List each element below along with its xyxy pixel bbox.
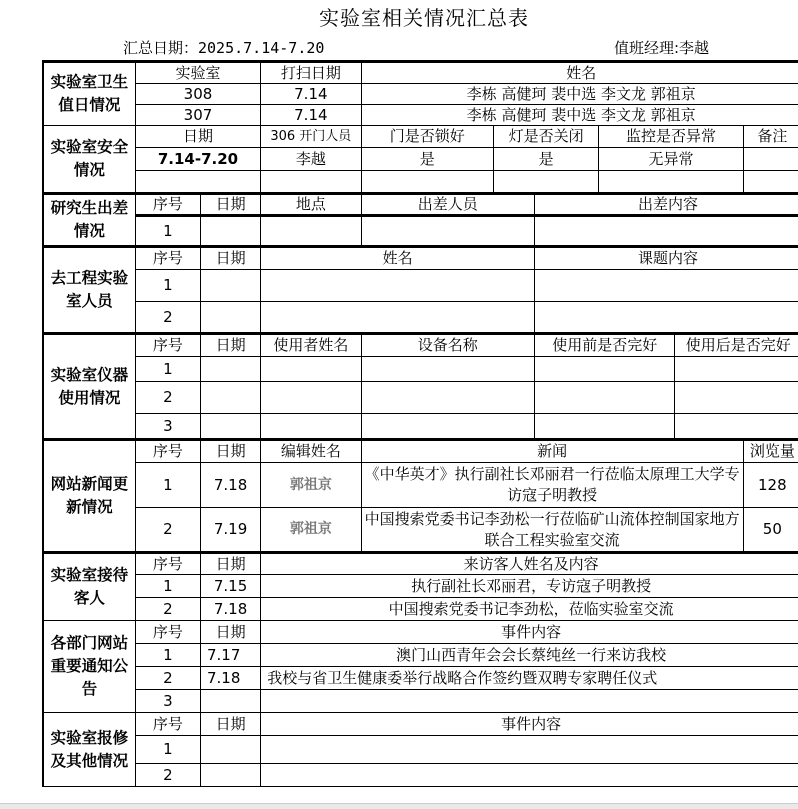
cell-date[interactable]: 7.14-7.20: [135, 148, 260, 171]
cell-no: 2: [135, 667, 200, 690]
cell-no: 2: [135, 302, 200, 334]
header-editor: 编辑姓名: [261, 440, 361, 463]
instrument-header-row: 实验室仪器使用情况 序号 日期 使用者姓名 设备名称 使用前是否完好 使用后是否…: [43, 334, 798, 357]
header-place: 地点: [261, 194, 361, 216]
table-row: 1: [43, 736, 798, 764]
table-row: [43, 171, 798, 194]
table-row: 3: [43, 414, 798, 440]
cell-date[interactable]: 7.14: [261, 105, 361, 126]
cell-no: 1: [135, 644, 200, 667]
cell-before[interactable]: [535, 357, 675, 382]
header-lights-off: 灯是否关闭: [493, 126, 598, 148]
header-date: 日期: [200, 713, 260, 736]
cell-news-title[interactable]: 中国搜索党委书记李劲松一行莅临矿山流体控制国家地方联合工程实验室交流: [361, 508, 743, 553]
cell-topic[interactable]: [535, 302, 798, 334]
header-visitor-content: 来访客人姓名及内容: [261, 553, 798, 575]
cell-date[interactable]: 7.14: [261, 84, 361, 105]
section-repairs: 实验室报修及其他情况: [43, 713, 135, 787]
table-row: 1: [43, 216, 798, 247]
table-row: 1 7.18 郭祖京 《中华英才》执行副社长邓丽君一行莅临太原理工大学专访寇子明…: [43, 463, 798, 508]
cell-content[interactable]: [261, 764, 798, 787]
cell-no: 1: [135, 216, 200, 247]
header-news: 新闻: [361, 440, 743, 463]
table-row: 308 7.14 李栋 高健珂 裴中选 李文龙 郭祖京: [43, 84, 798, 105]
cell-door-locked[interactable]: [361, 171, 493, 194]
cell-date[interactable]: 7.17: [200, 644, 260, 667]
cell-no: 3: [135, 690, 200, 713]
cell-user[interactable]: [261, 357, 361, 382]
cell-date[interactable]: [200, 382, 260, 414]
cell-date[interactable]: [200, 690, 260, 713]
eng-header-row: 去工程实验室人员 序号 日期 姓名 课题内容: [43, 247, 798, 270]
table-row: 2 7.19 郭祖京 中国搜索党委书记李劲松一行莅临矿山流体控制国家地方联合工程…: [43, 508, 798, 553]
header-no: 序号: [135, 194, 200, 216]
header-content: 出差内容: [535, 194, 798, 216]
header-event-content: 事件内容: [261, 621, 798, 644]
notices-header-row: 各部门网站重要通知公告 序号 日期 事件内容: [43, 621, 798, 644]
header-date: 日期: [200, 334, 260, 357]
cell-date[interactable]: 7.18: [200, 598, 260, 621]
trip-header-row: 研究生出差情况 序号 日期 地点 出差人员 出差内容: [43, 194, 798, 216]
cell-after[interactable]: [675, 357, 798, 382]
header-topic: 课题内容: [535, 247, 798, 270]
cell-before[interactable]: [535, 414, 675, 440]
header-no: 序号: [135, 334, 200, 357]
header-views: 浏览量: [743, 440, 798, 463]
cell-after[interactable]: [675, 414, 798, 440]
header-date: 日期: [200, 621, 260, 644]
header-date: 日期: [135, 126, 260, 148]
cell-note[interactable]: [743, 148, 798, 171]
cell-date[interactable]: [200, 270, 260, 302]
cell-content[interactable]: 我校与省卫生健康委举行战略合作签约暨双聘专家聘任仪式: [261, 667, 798, 690]
cell-no: 2: [135, 382, 200, 414]
header-lab: 实验室: [135, 62, 260, 84]
header-opener: 306 开门人员: [261, 126, 361, 148]
table-row: 2: [43, 764, 798, 787]
cell-opener[interactable]: 李越: [261, 148, 361, 171]
header-device: 设备名称: [361, 334, 535, 357]
cell-date[interactable]: 7.19: [200, 508, 260, 553]
cell-opener[interactable]: [261, 171, 361, 194]
cell-date[interactable]: [200, 414, 260, 440]
section-visitors: 实验室接待客人: [43, 553, 135, 621]
cell-content[interactable]: 澳门山西青年会会长蔡纯丝一行来访我校: [261, 644, 798, 667]
table-row: 2: [43, 302, 798, 334]
header-no: 序号: [135, 440, 200, 463]
cell-door-locked[interactable]: 是: [361, 148, 493, 171]
cell-date[interactable]: [200, 764, 260, 787]
cell-name[interactable]: [261, 270, 535, 302]
header-event-content: 事件内容: [261, 713, 798, 736]
section-notices: 各部门网站重要通知公告: [43, 621, 135, 713]
header-no: 序号: [135, 247, 200, 270]
header-clean-date: 打扫日期: [261, 62, 361, 84]
cell-no: 2: [135, 508, 200, 553]
cell-editor[interactable]: 郭祖京: [261, 463, 361, 508]
cell-date[interactable]: [200, 302, 260, 334]
section-news: 网站新闻更新情况: [43, 440, 135, 553]
cell-monitor[interactable]: 无异常: [599, 148, 743, 171]
header-before: 使用前是否完好: [535, 334, 675, 357]
header-name: 姓名: [261, 247, 535, 270]
cell-lights-off[interactable]: 是: [493, 148, 598, 171]
cell-no: 1: [135, 736, 200, 764]
section-business-trip: 研究生出差情况: [43, 194, 135, 247]
cell-no: 1: [135, 357, 200, 382]
header-after: 使用后是否完好: [675, 334, 798, 357]
table-row: 3: [43, 690, 798, 713]
cell-people[interactable]: [361, 216, 535, 247]
summary-table: 实验室卫生值日情况 实验室 打扫日期 姓名 308 7.14 李栋 高健珂 裴中…: [42, 60, 798, 787]
page-title: 实验室相关情况汇总表: [0, 2, 798, 31]
cell-news-title[interactable]: 《中华英才》执行副社长邓丽君一行莅临太原理工大学专访寇子明教授: [361, 463, 743, 508]
cell-content[interactable]: 执行副社长邓丽君，专访寇子明教授: [261, 575, 798, 598]
cell-views[interactable]: 128: [743, 463, 798, 508]
table-row: 1: [43, 357, 798, 382]
horizontal-scrollbar[interactable]: [0, 803, 798, 809]
table-row: 2: [43, 382, 798, 414]
cell-monitor[interactable]: [599, 171, 743, 194]
cell-user[interactable]: [261, 414, 361, 440]
cell-place[interactable]: [261, 216, 361, 247]
cell-names[interactable]: 李栋 高健珂 裴中选 李文龙 郭祖京: [361, 84, 798, 105]
cell-device[interactable]: [361, 382, 535, 414]
cell-date[interactable]: [200, 216, 260, 247]
table-row: 1 7.17 澳门山西青年会会长蔡纯丝一行来访我校: [43, 644, 798, 667]
cell-content[interactable]: 中国搜索党委书记李劲松，莅临实验室交流: [261, 598, 798, 621]
header-names: 姓名: [361, 62, 798, 84]
table-row: 1: [43, 270, 798, 302]
cell-date[interactable]: [200, 357, 260, 382]
cell-no: 3: [135, 414, 200, 440]
cell-date[interactable]: [200, 736, 260, 764]
header-people: 出差人员: [361, 194, 535, 216]
cell-views[interactable]: 50: [743, 508, 798, 553]
cell-content[interactable]: [535, 216, 798, 247]
cell-no: 1: [135, 575, 200, 598]
cell-date[interactable]: 7.18: [200, 463, 260, 508]
header-no: 序号: [135, 553, 200, 575]
security-header-row: 实验室安全情况 日期 306 开门人员 门是否锁好 灯是否关闭 监控是否异常 备…: [43, 126, 798, 148]
header-monitor: 监控是否异常: [599, 126, 743, 148]
cell-no: 2: [135, 764, 200, 787]
header-date: 日期: [200, 553, 260, 575]
cell-user[interactable]: [261, 382, 361, 414]
cell-after[interactable]: [675, 382, 798, 414]
cell-lab[interactable]: 308: [135, 84, 260, 105]
header-user: 使用者姓名: [261, 334, 361, 357]
cell-before[interactable]: [535, 382, 675, 414]
cell-device[interactable]: [361, 357, 535, 382]
hygiene-header-row: 实验室卫生值日情况 实验室 打扫日期 姓名: [43, 62, 798, 84]
visitors-header-row: 实验室接待客人 序号 日期 来访客人姓名及内容: [43, 553, 798, 575]
cell-lights-off[interactable]: [493, 171, 598, 194]
cell-device[interactable]: [361, 414, 535, 440]
section-hygiene: 实验室卫生值日情况: [43, 62, 135, 126]
cell-note[interactable]: [743, 171, 798, 194]
header-date: 日期: [200, 247, 260, 270]
header-no: 序号: [135, 621, 200, 644]
news-header-row: 网站新闻更新情况 序号 日期 编辑姓名 新闻 浏览量: [43, 440, 798, 463]
table-row: 2 7.18 我校与省卫生健康委举行战略合作签约暨双聘专家聘任仪式: [43, 667, 798, 690]
section-engineering-lab: 去工程实验室人员: [43, 247, 135, 334]
header-date: 日期: [200, 440, 260, 463]
cell-content[interactable]: [261, 690, 798, 713]
table-row: 7.14-7.20 李越 是 是 无异常: [43, 148, 798, 171]
table-row: 2 7.18 中国搜索党委书记李劲松，莅临实验室交流: [43, 598, 798, 621]
header-note: 备注: [743, 126, 798, 148]
summary-date: 汇总日期：2025.7.14-7.20: [123, 37, 324, 58]
table-row: 1 7.15 执行副社长邓丽君，专访寇子明教授: [43, 575, 798, 598]
cell-date[interactable]: 7.18: [200, 667, 260, 690]
cell-no: 1: [135, 463, 200, 508]
cell-name[interactable]: [261, 302, 535, 334]
section-instruments: 实验室仪器使用情况: [43, 334, 135, 440]
cell-date[interactable]: 7.15: [200, 575, 260, 598]
header-date: 日期: [200, 194, 260, 216]
cell-names[interactable]: 李栋 高健珂 裴中选 李文龙 郭祖京: [361, 105, 798, 126]
cell-no: 1: [135, 270, 200, 302]
cell-no: 2: [135, 598, 200, 621]
cell-date[interactable]: [135, 171, 260, 194]
cell-content[interactable]: [261, 736, 798, 764]
cell-topic[interactable]: [535, 270, 798, 302]
cell-editor[interactable]: 郭祖京: [261, 508, 361, 553]
header-no: 序号: [135, 713, 200, 736]
table-row: 307 7.14 李栋 高健珂 裴中选 李文龙 郭祖京: [43, 105, 798, 126]
header-door-locked: 门是否锁好: [361, 126, 493, 148]
section-security: 实验室安全情况: [43, 126, 135, 194]
repairs-header-row: 实验室报修及其他情况 序号 日期 事件内容: [43, 713, 798, 736]
duty-manager: 值班经理:李越: [614, 37, 709, 58]
cell-lab[interactable]: 307: [135, 105, 260, 126]
